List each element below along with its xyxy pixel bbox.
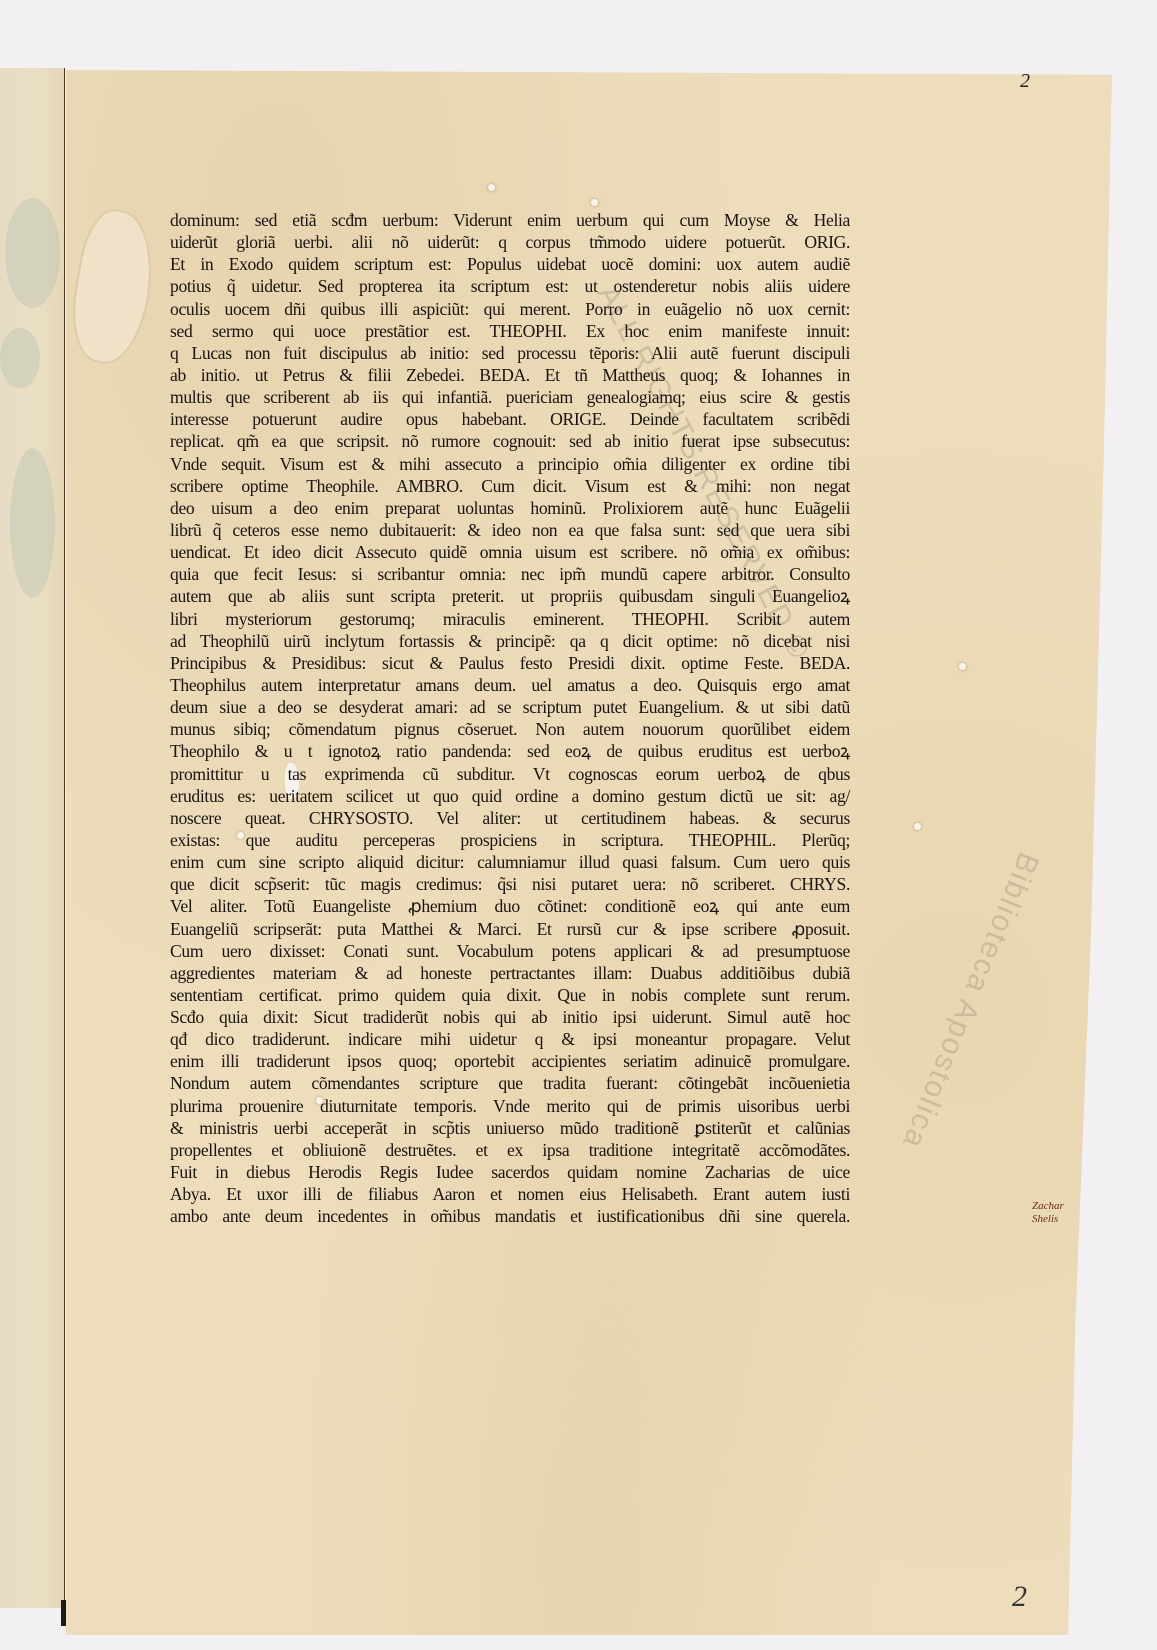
worm-hole <box>959 663 966 670</box>
margin-annotation-line: Zachar <box>1032 1200 1064 1213</box>
text-line: qđ dico tradiderunt. indicare mihi uidet… <box>170 1028 850 1050</box>
text-line: replicat. qm̃ ea que scripsit. nõ rumore… <box>170 430 850 452</box>
text-line: noscere queat. CHRYSOSTO. Vel aliter: ut… <box>170 807 850 829</box>
text-line: uiderũt gloriã uerbi. alii nõ uiderũt: q… <box>170 231 850 253</box>
margin-annotation: Zachar Shelis <box>1032 1200 1064 1226</box>
text-line: ad Theophilũ uirũ inclytum fortassis & p… <box>170 630 850 652</box>
text-line: Vnde sequit. Visum est & mihi assecuto a… <box>170 453 850 475</box>
text-line: ambo ante deum incedentes in om̃ibus man… <box>170 1205 850 1227</box>
text-line: multis que scriberent ab iis qui infanti… <box>170 386 850 408</box>
text-line: Euangeliũ scripserãt: puta Matthei & Mar… <box>170 918 850 940</box>
text-line: Scđo quia dixit: Sicut tradiderũt nobis … <box>170 1006 850 1028</box>
text-line: Abya. Et uxor illi de filiabus Aaron et … <box>170 1183 850 1205</box>
text-line: Principibus & Presidibus: sicut & Paulus… <box>170 652 850 674</box>
text-line: plurima prouenire diuturnitate temporis.… <box>170 1095 850 1117</box>
worm-hole <box>914 823 921 830</box>
text-line: deum siue a deo se desyderat amari: ad s… <box>170 696 850 718</box>
water-stain <box>63 205 163 370</box>
text-line: Nondum autem cõmendantes scripture que t… <box>170 1072 850 1094</box>
text-line: aggredientes materiam & ad honeste pertr… <box>170 962 850 984</box>
water-stain <box>10 448 55 598</box>
text-line: oculis uocem dñi quibus illi aspiciũt: q… <box>170 298 850 320</box>
worm-hole <box>591 199 598 206</box>
text-line: uendicat. Et ideo dicit Assecuto quidẽ o… <box>170 541 850 563</box>
text-line: q Lucas non fuit discipulus ab initio: s… <box>170 342 850 364</box>
text-line: sententiam certificat. primo quidem quia… <box>170 984 850 1006</box>
text-line: eruditus es: ueritatem scilicet ut quo q… <box>170 785 850 807</box>
text-line: Cum uero dixisset: Conati sunt. Vocabulu… <box>170 940 850 962</box>
text-line: enim cum sine scripto aliquid dicitur: c… <box>170 851 850 873</box>
text-line: que dicit scp̃serit: tũc magis credimus:… <box>170 873 850 895</box>
water-stain <box>5 198 60 308</box>
text-line: Fuit in diebus Herodis Regis Iudee sacer… <box>170 1161 850 1183</box>
text-line: ab initio. ut Petrus & filii Zebedei. BE… <box>170 364 850 386</box>
text-line: sed sermo qui uoce prestãtior est. THEOP… <box>170 320 850 342</box>
text-line: munus sibiq; cõmendatum pignus cõseruet.… <box>170 718 850 740</box>
text-line: enim illi tradiderunt ipsos quoq; oporte… <box>170 1050 850 1072</box>
text-line: Et in Exodo quidem scriptum est: Populus… <box>170 253 850 275</box>
text-line: Vel aliter. Totũ Euangeliste ꝓhemium duo… <box>170 895 850 917</box>
text-line: Theophilo & u t ignotoꝝ ratio pandenda: … <box>170 740 850 762</box>
text-line: & ministris uerbi acceperãt in scp̃tis u… <box>170 1117 850 1139</box>
text-line: interesse potuerunt audire opus habebant… <box>170 408 850 430</box>
previous-leaf-edge <box>0 68 65 1608</box>
text-line: promittitur u tas exprimenda cũ subditur… <box>170 763 850 785</box>
text-line: librũ q̃ ceteros esse nemo dubitauerit: … <box>170 519 850 541</box>
text-line: autem que ab aliis sunt scripta preterit… <box>170 585 850 607</box>
text-line: deo uisum a deo enim preparat uoluntas h… <box>170 497 850 519</box>
text-line: potius q̃ uidetur. Sed propterea ita scr… <box>170 275 850 297</box>
text-line: dominum: sed etiã scđm uerbum: Viderunt … <box>170 209 850 231</box>
water-stain <box>0 328 40 388</box>
text-line: propellentes et obliuionẽ destruẽtes. et… <box>170 1139 850 1161</box>
text-line: quia que fecit Iesus: si scribantur omni… <box>170 563 850 585</box>
worm-hole <box>488 184 495 191</box>
folio-number-top: 2 <box>1020 70 1030 93</box>
body-text: dominum: sed etiã scđm uerbum: Viderunt … <box>170 209 850 1227</box>
text-line: libri mysteriorum gestorumq; miraculis e… <box>170 608 850 630</box>
text-line: scribere optime Theophile. AMBRO. Cum di… <box>170 475 850 497</box>
margin-annotation-line: Shelis <box>1032 1213 1064 1226</box>
text-line: Theophilus autem interpretatur amans deu… <box>170 674 850 696</box>
text-line: existas: que auditu perceperas prospicie… <box>170 829 850 851</box>
folio-number-bottom: 2 <box>1012 1580 1027 1614</box>
